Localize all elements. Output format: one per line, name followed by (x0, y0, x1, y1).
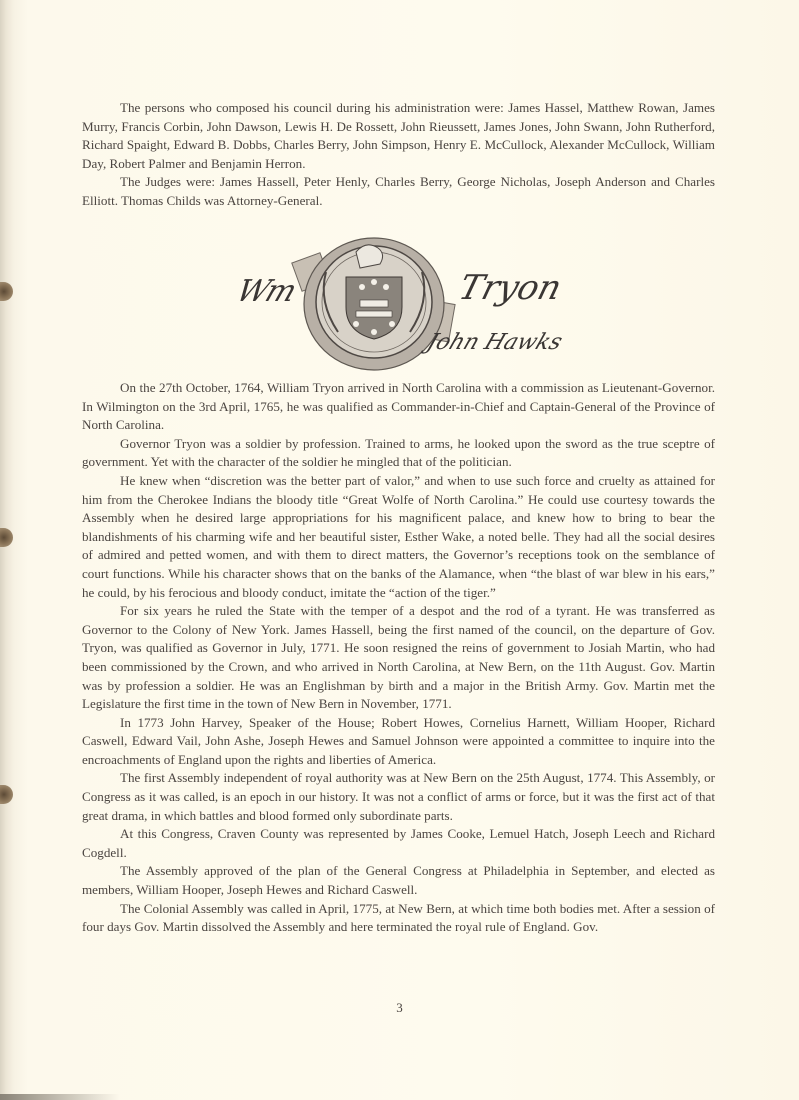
page-number: 3 (0, 1000, 799, 1016)
paragraph-general-congress: The Assembly approved of the plan of the… (82, 862, 715, 899)
paragraph-craven-county: At this Congress, Craven County was repr… (82, 825, 715, 862)
binding-hole (0, 282, 13, 301)
paragraph-tryon-soldier: Governor Tryon was a soldier by professi… (82, 435, 715, 472)
paragraph-tryon-character: He knew when “discretion was the better … (82, 472, 715, 602)
signature-john-hawks: John Hawks (423, 330, 565, 355)
paragraph-tryon-arrival: On the 27th October, 1764, William Tryon… (82, 379, 715, 435)
signature-tryon: Tryon (455, 268, 566, 308)
paragraph-first-assembly: The first Assembly independent of royal … (82, 769, 715, 825)
paragraph-judges: The Judges were: James Hassell, Peter He… (82, 173, 715, 210)
upper-text-block: The persons who composed his council dur… (82, 99, 715, 211)
lower-text-block: On the 27th October, 1764, William Tryon… (82, 379, 715, 937)
paragraph-committee-1773: In 1773 John Harvey, Speaker of the Hous… (82, 714, 715, 770)
paragraph-six-years: For six years he ruled the State with th… (82, 602, 715, 714)
paragraph-colonial-assembly: The Colonial Assembly was called in Apri… (82, 900, 715, 937)
seal-illustration: Wm Tryon John Hawks (228, 232, 588, 372)
paragraph-council: The persons who composed his council dur… (82, 99, 715, 173)
book-page: The persons who composed his council dur… (0, 0, 799, 1100)
page-edge-shadow (0, 1094, 120, 1100)
binding-hole (0, 785, 13, 804)
binding-hole (0, 528, 13, 547)
